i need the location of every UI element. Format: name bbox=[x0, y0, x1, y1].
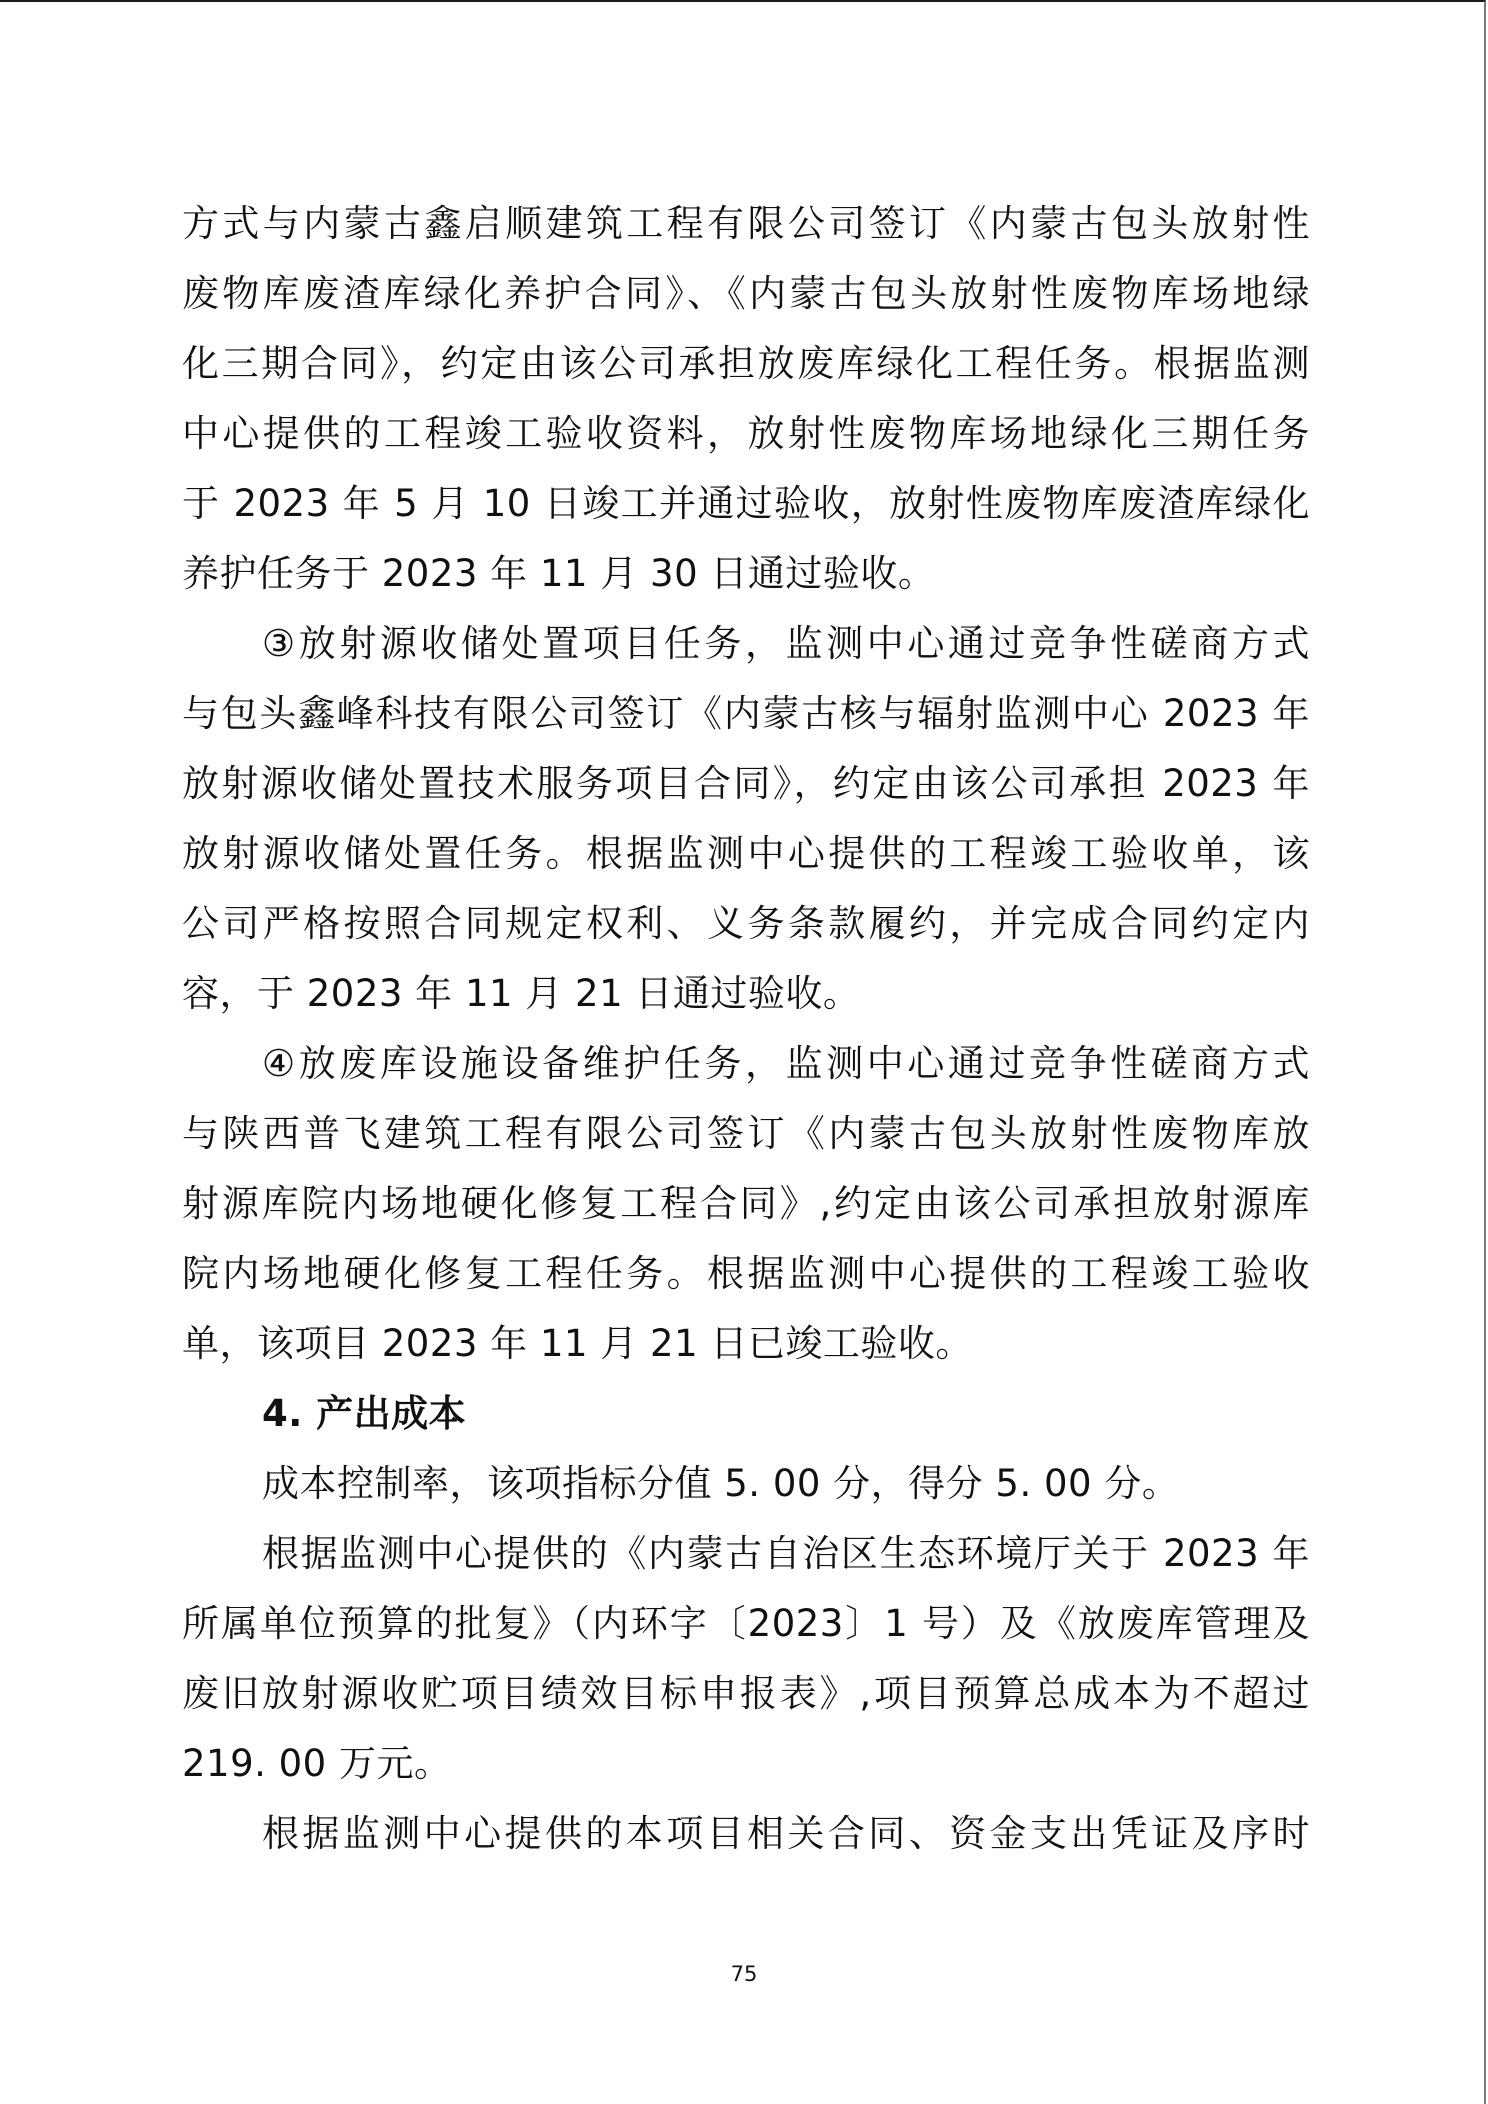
text-line: 废物库废渣库绿化养护合同》、《内蒙古包头放射性废物库场地绿 bbox=[182, 259, 1310, 329]
text-line: 方式与内蒙古鑫启顺建筑工程有限公司签订《内蒙古包头放射性 bbox=[182, 189, 1310, 259]
list-item-4-first-line: ④放废库设施设备维护任务，监测中心通过竞争性磋商方式 bbox=[182, 1029, 1310, 1099]
text-line: 于 2023 年 5 月 10 日竣工并通过验收，放射性废物库废渣库绿化 bbox=[182, 469, 1310, 539]
text-line: 化三期合同》，约定由该公司承担放废库绿化工程任务。根据监测 bbox=[182, 329, 1310, 399]
text-line: 与陕西普飞建筑工程有限公司签订《内蒙古包头放射性废物库放 bbox=[182, 1099, 1310, 1169]
text-line: 与包头鑫峰科技有限公司签订《内蒙古核与辐射监测中心 2023 年 bbox=[182, 679, 1310, 749]
text-line: 射源库院内场地硬化修复工程合同》,约定由该公司承担放射源库 bbox=[182, 1169, 1310, 1239]
page-number: 75 bbox=[0, 1962, 1488, 1986]
text-line: 放射源收储处置技术服务项目合同》，约定由该公司承担 2023 年 bbox=[182, 749, 1310, 819]
text-line: 单，该项目 2023 年 11 月 21 日已竣工验收。 bbox=[182, 1309, 1310, 1379]
text-line: 根据监测中心提供的《内蒙古自治区生态环境厅关于 2023 年 bbox=[182, 1519, 1310, 1589]
text-line: 容，于 2023 年 11 月 21 日通过验收。 bbox=[182, 959, 1310, 1029]
text-line: 中心提供的工程竣工验收资料，放射性废物库场地绿化三期任务 bbox=[182, 399, 1310, 469]
text-line: 废旧放射源收贮项目绩效目标申报表》,项目预算总成本为不超过 bbox=[182, 1659, 1310, 1729]
document-body: 方式与内蒙古鑫启顺建筑工程有限公司签订《内蒙古包头放射性 废物库废渣库绿化养护合… bbox=[182, 189, 1310, 1869]
text-line: 养护任务于 2023 年 11 月 30 日通过验收。 bbox=[182, 539, 1310, 609]
text-line: 成本控制率，该项指标分值 5. 00 分，得分 5. 00 分。 bbox=[182, 1449, 1310, 1519]
section-heading: 4. 产出成本 bbox=[182, 1379, 1310, 1449]
text-line: 公司严格按照合同规定权利、义务条款履约，并完成合同约定内 bbox=[182, 889, 1310, 959]
text-line: 放射源收储处置任务。根据监测中心提供的工程竣工验收单，该 bbox=[182, 819, 1310, 889]
list-item-3-first-line: ③放射源收储处置项目任务，监测中心通过竞争性磋商方式 bbox=[182, 609, 1310, 679]
text-line: 院内场地硬化修复工程任务。根据监测中心提供的工程竣工验收 bbox=[182, 1239, 1310, 1309]
document-page: 方式与内蒙古鑫启顺建筑工程有限公司签订《内蒙古包头放射性 废物库废渣库绿化养护合… bbox=[0, 0, 1486, 2104]
text-line: 所属单位预算的批复》（内环字〔2023〕1 号）及《放废库管理及 bbox=[182, 1589, 1310, 1659]
text-line: 219. 00 万元。 bbox=[182, 1729, 1310, 1799]
text-line: 根据监测中心提供的本项目相关合同、资金支出凭证及序时 bbox=[182, 1799, 1310, 1869]
